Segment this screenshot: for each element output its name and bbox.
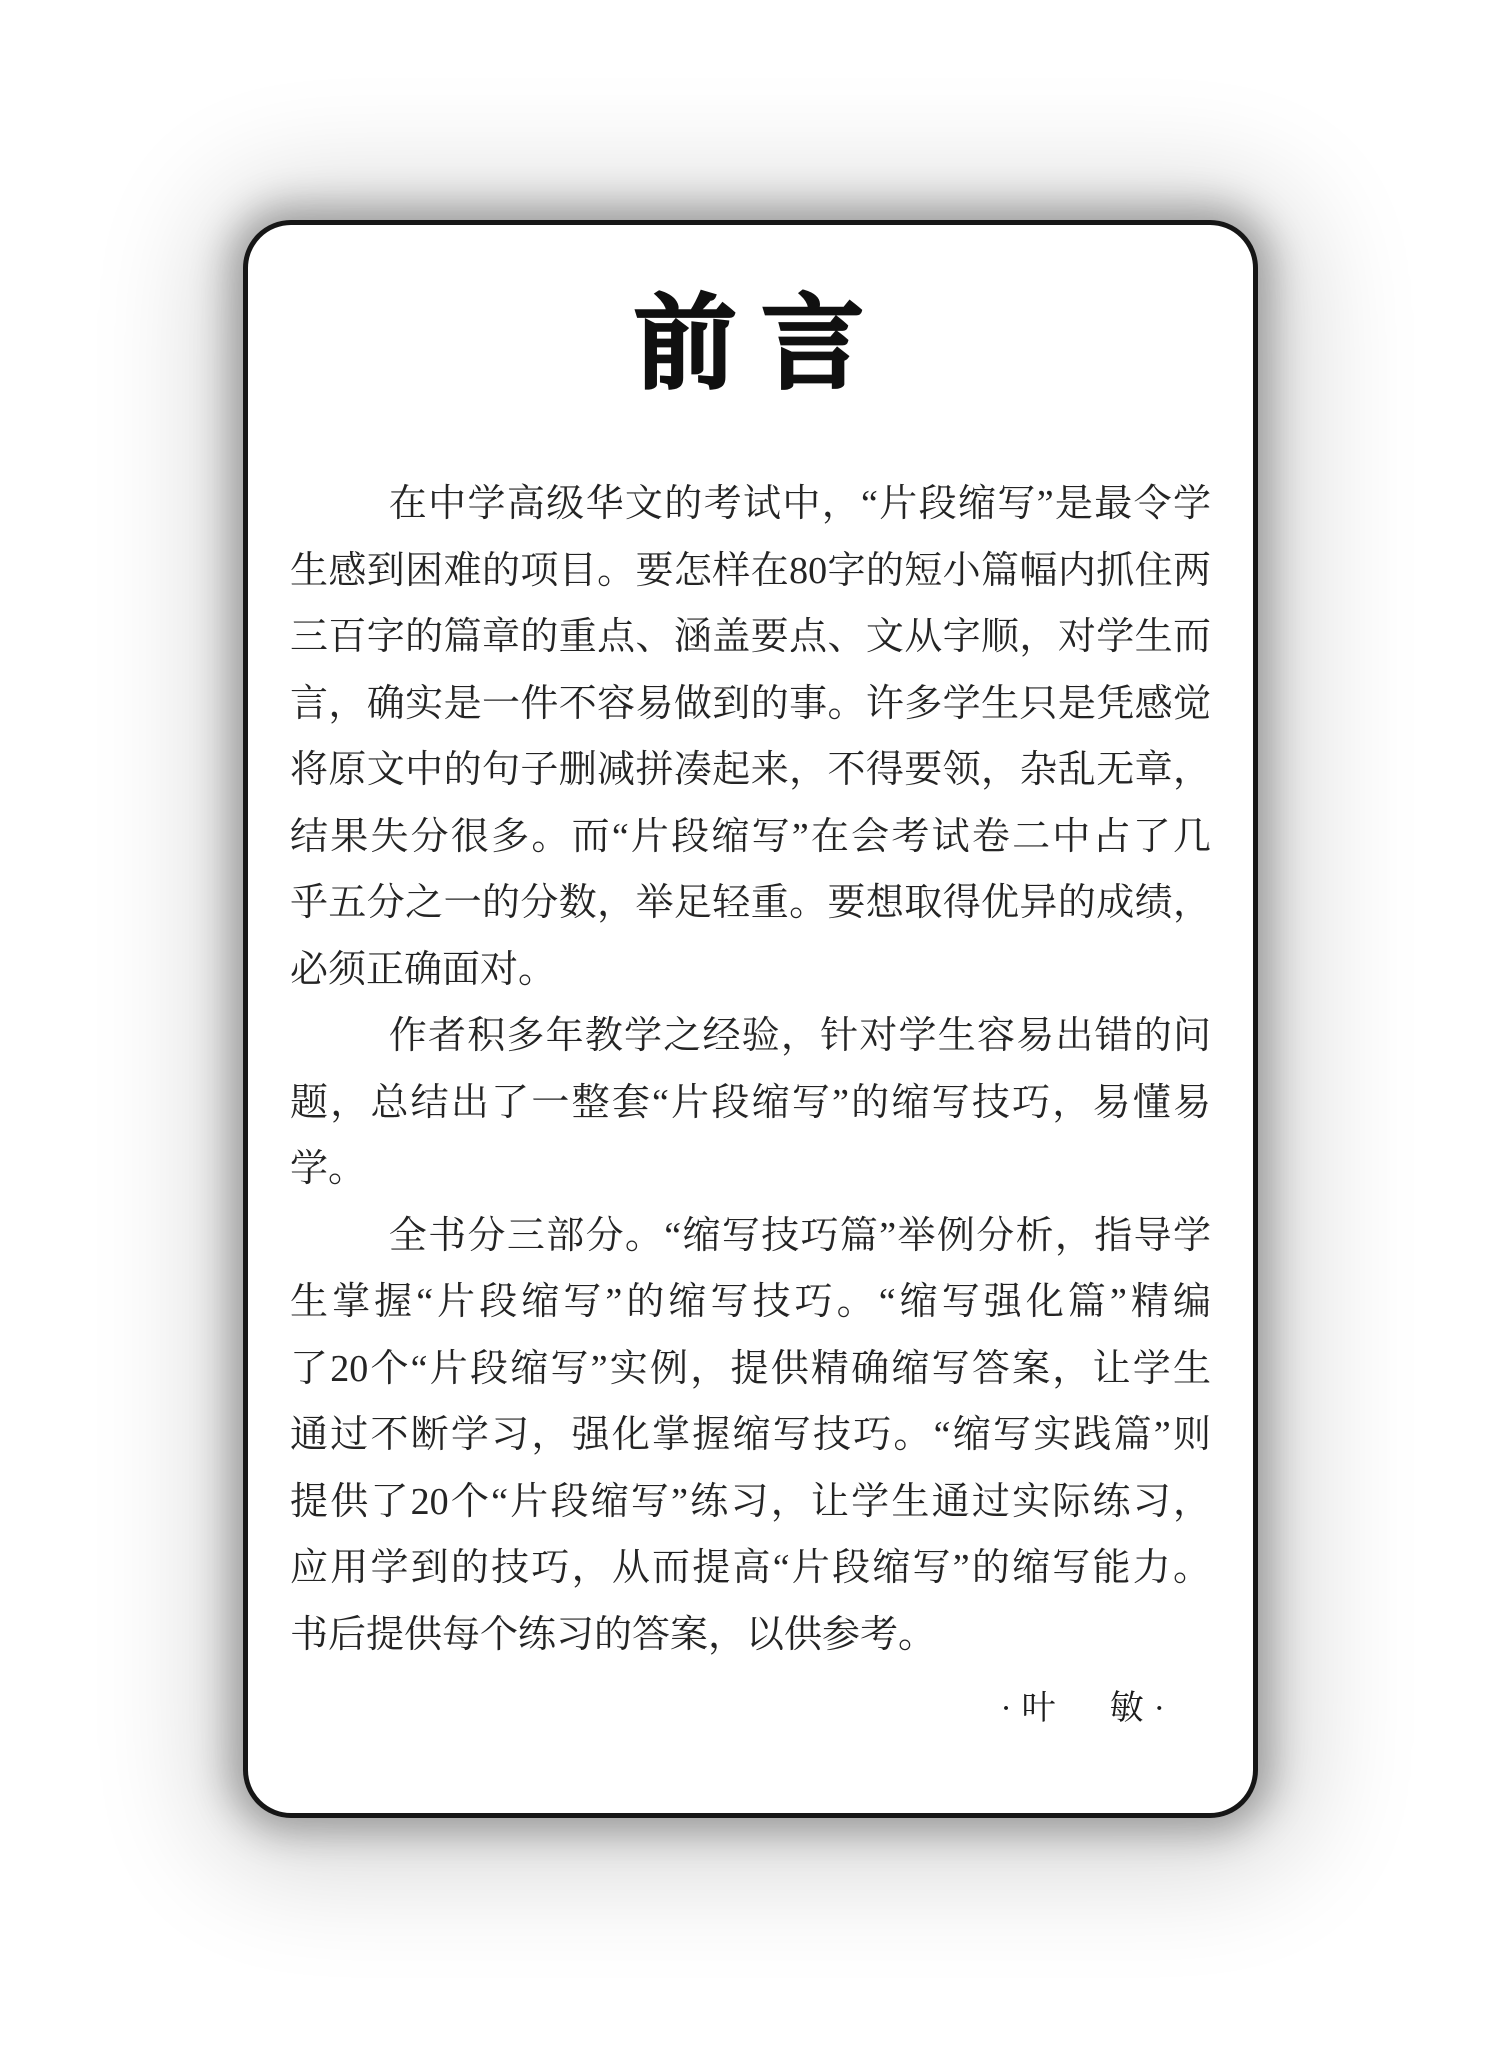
body-line: 必须正确面对。 <box>290 937 1211 1004</box>
body-line: 学。 <box>290 1136 1211 1203</box>
page-title: 前言 <box>248 289 1253 401</box>
body-line: 生感到困难的项目。要怎样在80字的短小篇幅内抓住两 <box>290 538 1211 605</box>
body-line: 将原文中的句子删减拼凑起来，不得要领，杂乱无章， <box>290 737 1211 804</box>
body-line: 提供了20个“片段缩写”练习，让学生通过实际练习， <box>290 1469 1211 1536</box>
body-line: 言，确实是一件不容易做到的事。许多学生只是凭感觉 <box>290 671 1211 738</box>
preface-body: 在中学高级华文的考试中，“片段缩写”是最令学 生感到困难的项目。要怎样在80字的… <box>290 471 1211 1668</box>
body-line: 生掌握“片段缩写”的缩写技巧。“缩写强化篇”精编 <box>290 1269 1211 1336</box>
body-line: 作者积多年教学之经验，针对学生容易出错的问 <box>290 1003 1211 1070</box>
paragraph: 全书分三部分。“缩写技巧篇”举例分析，指导学 生掌握“片段缩写”的缩写技巧。“缩… <box>290 1203 1211 1669</box>
body-line: 通过不断学习，强化掌握缩写技巧。“缩写实践篇”则 <box>290 1402 1211 1469</box>
body-line: 乎五分之一的分数，举足轻重。要想取得优异的成绩， <box>290 870 1211 937</box>
author-signature: ·叶 敏· <box>1000 1687 1175 1731</box>
preface-page-card: 前言 在中学高级华文的考试中，“片段缩写”是最令学 生感到困难的项目。要怎样在8… <box>243 220 1258 1818</box>
body-line: 结果失分很多。而“片段缩写”在会考试卷二中占了几 <box>290 804 1211 871</box>
body-line: 三百字的篇章的重点、涵盖要点、文从字顺，对学生而 <box>290 604 1211 671</box>
body-line: 题，总结出了一整套“片段缩写”的缩写技巧，易懂易 <box>290 1070 1211 1137</box>
paragraph: 在中学高级华文的考试中，“片段缩写”是最令学 生感到困难的项目。要怎样在80字的… <box>290 471 1211 1003</box>
body-line: 全书分三部分。“缩写技巧篇”举例分析，指导学 <box>290 1203 1211 1270</box>
body-line: 应用学到的技巧，从而提高“片段缩写”的缩写能力。 <box>290 1535 1211 1602</box>
body-line: 书后提供每个练习的答案，以供参考。 <box>290 1602 1211 1669</box>
body-line: 在中学高级华文的考试中，“片段缩写”是最令学 <box>290 471 1211 538</box>
paragraph: 作者积多年教学之经验，针对学生容易出错的问 题，总结出了一整套“片段缩写”的缩写… <box>290 1003 1211 1203</box>
body-line: 了20个“片段缩写”实例，提供精确缩写答案，让学生 <box>290 1336 1211 1403</box>
